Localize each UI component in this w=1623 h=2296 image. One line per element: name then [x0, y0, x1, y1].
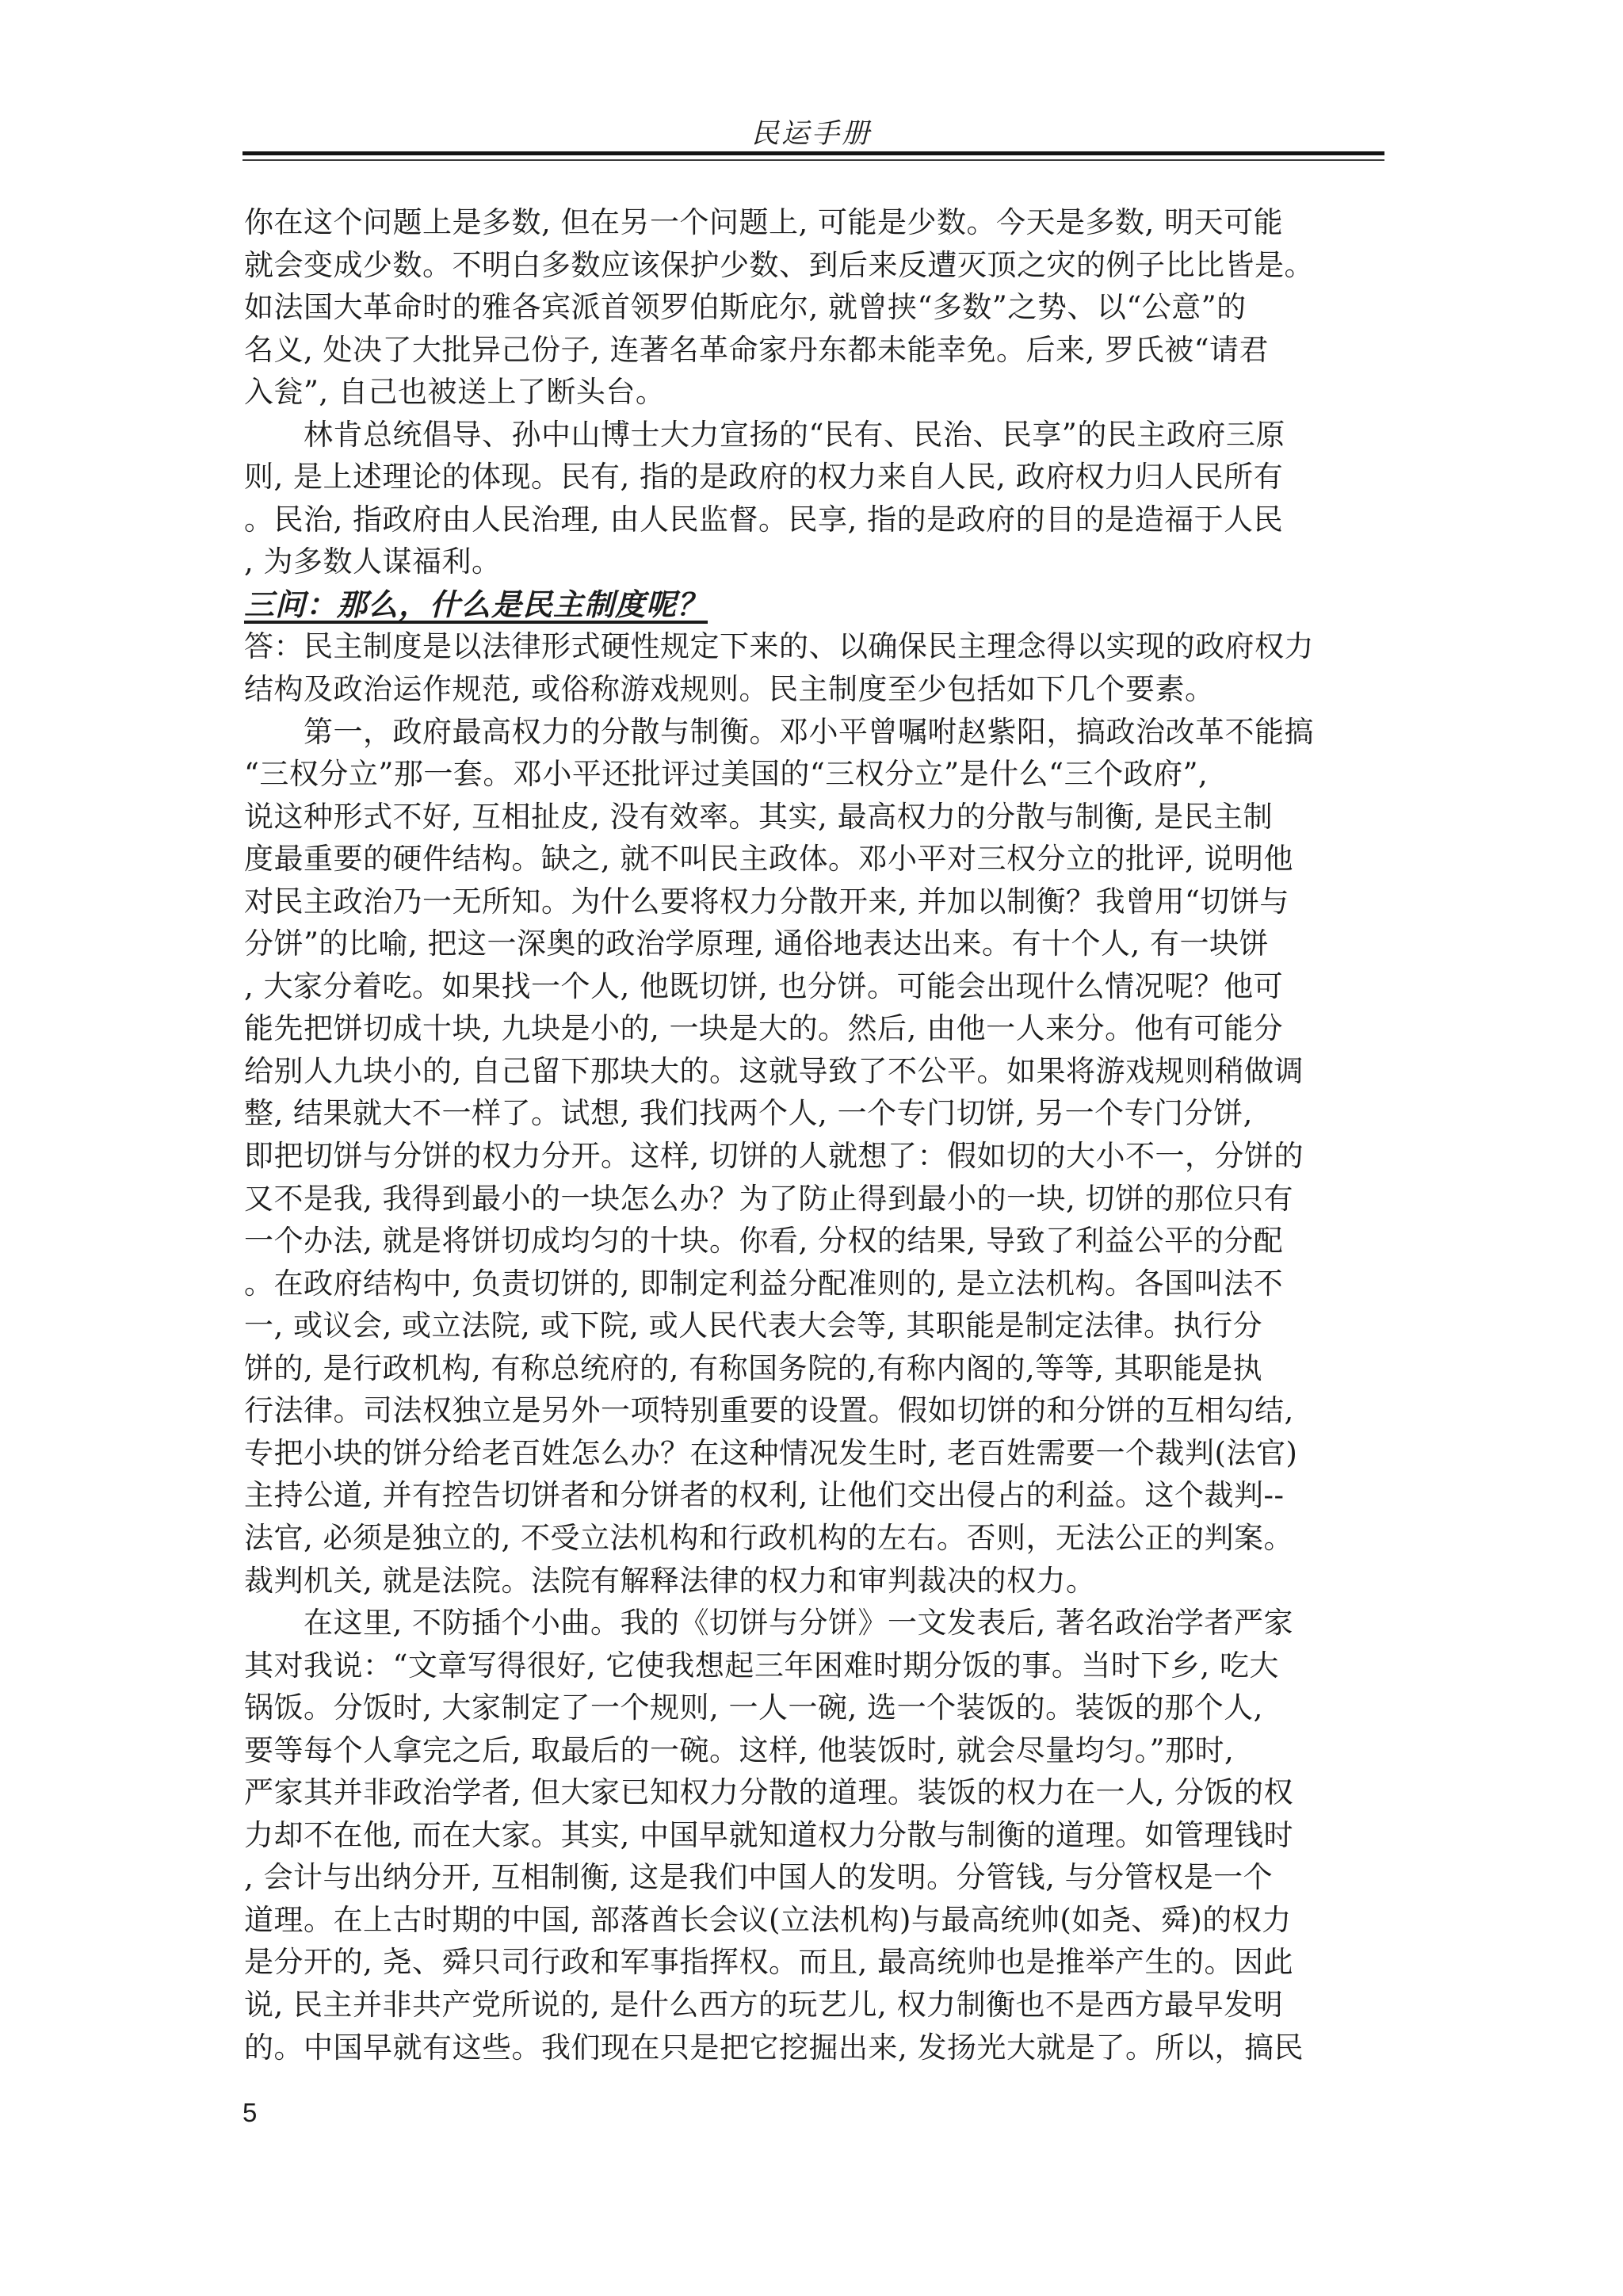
text-line: 说这种形式不好, 互相扯皮, 没有效率。其实, 最高权力的分散与制衡, 是民主制 — [244, 796, 1401, 839]
text-line: 如法国大革命时的雅各宾派首领罗伯斯庇尔, 就曾挟“多数”之势、以“公意”的 — [244, 286, 1401, 329]
text-line: , 会计与出纳分开, 互相制衡, 这是我们中国人的发明。分管钱, 与分管权是一个 — [244, 1856, 1401, 1899]
text-line: 答：民主制度是以法律形式硬性规定下来的、以确保民主理念得以实现的政府权力 — [244, 625, 1401, 668]
section-heading: 三问：那么，什么是民主制度呢？ — [244, 583, 1401, 626]
text-line: 行法律。司法权独立是另外一项特别重要的设置。假如切饼的和分饼的互相勾结, — [244, 1389, 1401, 1432]
page-number: 5 — [242, 2097, 257, 2129]
text-line: 一, 或议会, 或立法院, 或下院, 或人民代表大会等, 其职能是制定法律。执行… — [244, 1305, 1401, 1347]
text-line: 饼的, 是行政机构, 有称总统府的, 有称国务院的,有称内阁的,等等, 其职能是… — [244, 1347, 1401, 1390]
text-line: 是分开的, 尧、舜只司行政和军事指挥权。而且, 最高统帅也是推举产生的。因此 — [244, 1941, 1401, 1984]
text-line: 一个办法, 就是将饼切成均匀的十块。你看, 分权的结果, 导致了利益公平的分配 — [244, 1220, 1401, 1263]
text-line: 又不是我, 我得到最小的一块怎么办？为了防止得到最小的一块, 切饼的那位只有 — [244, 1178, 1401, 1221]
text-line: , 为多数人谋福利。 — [244, 541, 1401, 583]
body-text: 你在这个问题上是多数, 但在另一个问题上, 可能是少数。今天是多数, 明天可能就… — [244, 201, 1401, 2069]
text-line: 就会变成少数。不明白多数应该保护少数、到后来反遭灭顶之灾的例子比比皆是。 — [244, 244, 1401, 287]
document-page: 民运手册 你在这个问题上是多数, 但在另一个问题上, 可能是少数。今天是多数, … — [0, 0, 1623, 2296]
text-line: 即把切饼与分饼的权力分开。这样, 切饼的人就想了：假如切的大小不一，分饼的 — [244, 1135, 1401, 1178]
text-line: , 大家分着吃。如果找一个人, 他既切饼, 也分饼。可能会出现什么情况呢？他可 — [244, 965, 1401, 1008]
text-line: 对民主政治乃一无所知。为什么要将权力分散开来, 并加以制衡？我曾用“切饼与 — [244, 881, 1401, 923]
text-line: 要等每个人拿完之后, 取最后的一碗。这样, 他装饭时, 就会尽量均匀。”那时, — [244, 1729, 1401, 1772]
text-line: 说, 民主并非共产党所说的, 是什么西方的玩艺儿, 权力制衡也不是西方最早发明 — [244, 1984, 1401, 2027]
text-line: 整, 结果就大不一样了。试想, 我们找两个人, 一个专门切饼, 另一个专门分饼, — [244, 1092, 1401, 1135]
text-line: 。在政府结构中, 负责切饼的, 即制定利益分配准则的, 是立法机构。各国叫法不 — [244, 1263, 1401, 1305]
text-line: 的。中国早就有这些。我们现在只是把它挖掘出来, 发扬光大就是了。所以，搞民 — [244, 2027, 1401, 2069]
text-line: 度最重要的硬件结构。缺之, 就不叫民主政体。邓小平对三权分立的批评, 说明他 — [244, 838, 1401, 881]
text-line: 林肯总统倡导、孙中山博士大力宣扬的“民有、民治、民享”的民主政府三原 — [244, 414, 1401, 457]
text-line: 专把小块的饼分给老百姓怎么办？在这种情况发生时, 老百姓需要一个裁判(法官) — [244, 1432, 1401, 1475]
text-line: “三权分立”那一套。邓小平还批评过美国的“三权分立”是什么“三个政府”, — [244, 753, 1401, 796]
text-line: 在这里, 不防插个小曲。我的《切饼与分饼》一文发表后, 著名政治学者严家 — [244, 1602, 1401, 1645]
text-line: 主持公道, 并有控告切饼者和分饼者的权利, 让他们交出侵占的利益。这个裁判-- — [244, 1474, 1401, 1517]
header-rule-thin — [242, 159, 1384, 161]
text-line: 其对我说：“文章写得很好, 它使我想起三年困难时期分饭的事。当时下乡, 吃大 — [244, 1645, 1401, 1687]
text-line: 。民治, 指政府由人民治理, 由人民监督。民享, 指的是政府的目的是造福于人民 — [244, 499, 1401, 541]
text-line: 能先把饼切成十块, 九块是小的, 一块是大的。然后, 由他一人来分。他有可能分 — [244, 1007, 1401, 1050]
text-line: 力却不在他, 而在大家。其实, 中国早就知道权力分散与制衡的道理。如管理钱时 — [244, 1814, 1401, 1857]
header-rule-thick — [242, 151, 1384, 155]
text-line: 裁判机关, 就是法院。法院有解释法律的权力和审判裁决的权力。 — [244, 1560, 1401, 1603]
text-line: 锅饭。分饭时, 大家制定了一个规则, 一人一碗, 选一个装饭的。装饭的那个人, — [244, 1687, 1401, 1729]
text-line: 结构及政治运作规范, 或俗称游戏规则。民主制度至少包括如下几个要素。 — [244, 668, 1401, 711]
text-line: 你在这个问题上是多数, 但在另一个问题上, 可能是少数。今天是多数, 明天可能 — [244, 201, 1401, 244]
text-line: 则, 是上述理论的体现。民有, 指的是政府的权力来自人民, 政府权力归人民所有 — [244, 456, 1401, 499]
text-line: 给别人九块小的, 自己留下那块大的。这就导致了不公平。如果将游戏规则稍做调 — [244, 1050, 1401, 1093]
text-line: 法官, 必须是独立的, 不受立法机构和行政机构的左右。否则，无法公正的判案。 — [244, 1517, 1401, 1560]
text-line: 名义, 处决了大批异己份子, 连著名革命家丹东都未能幸免。后来, 罗氏被“请君 — [244, 329, 1401, 372]
text-line: 严家其并非政治学者, 但大家已知权力分散的道理。装饭的权力在一人, 分饭的权 — [244, 1771, 1401, 1814]
text-line: 第一，政府最高权力的分散与制衡。邓小平曾嘱咐赵紫阳，搞政治改革不能搞 — [244, 711, 1401, 754]
page-header-title: 民运手册 — [0, 119, 1623, 150]
text-line: 道理。在上古时期的中国, 部落酋长会议(立法机构)与最高统帅(如尧、舜)的权力 — [244, 1899, 1401, 1942]
text-line: 分饼”的比喻, 把这一深奥的政治学原理, 通俗地表达出来。有十个人, 有一块饼 — [244, 923, 1401, 965]
text-line: 入瓮”, 自己也被送上了断头台。 — [244, 371, 1401, 414]
